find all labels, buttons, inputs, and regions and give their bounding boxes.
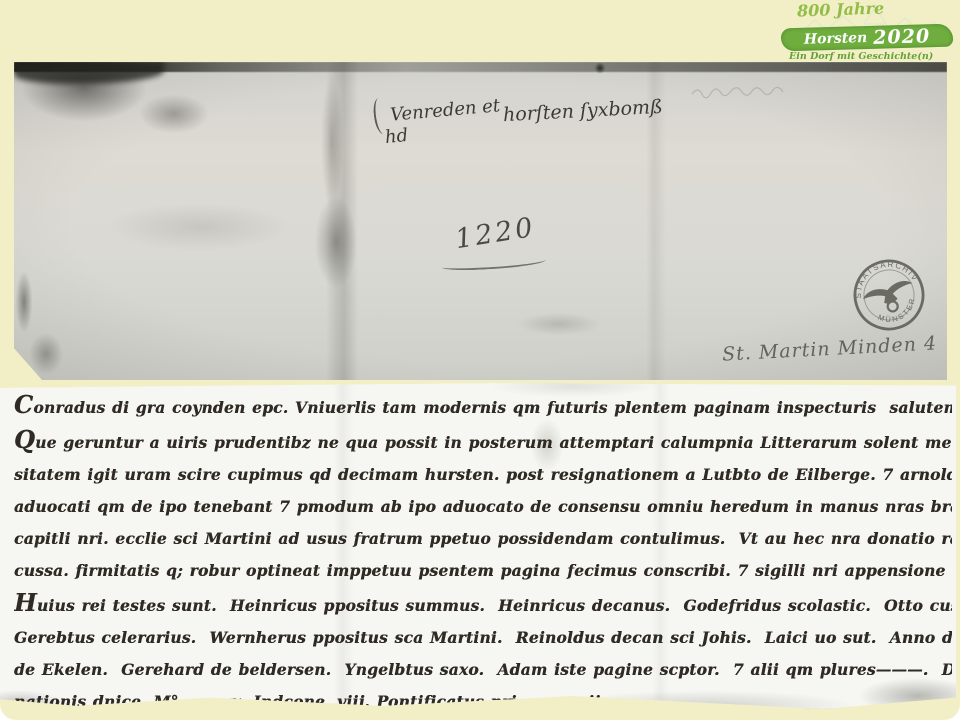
charter-line: Que geruntur a uiris prudentibz ne qua p… xyxy=(14,424,952,459)
dorsal-note-line2: hd xyxy=(384,125,409,148)
charter-line: Huius rei testes sunt. Heinricus ppositu… xyxy=(14,587,952,622)
logo-subtitle: Ein Dorf mit Geschichte(n) xyxy=(789,51,933,62)
charter-line: Conradus di gra coynden epc. Vniuerlis t… xyxy=(14,389,952,424)
charter-line: capitli nri. ecclie sci Martini ad usus … xyxy=(14,523,952,555)
logo-banner-year: 2020 xyxy=(873,25,930,49)
charter-line: nationis dnice. M°. cc. xx. Indcone. vii… xyxy=(14,686,952,718)
charter-line: sitatem igit uram scire cupimus qd decim… xyxy=(14,459,952,491)
charter-back-photo: Venreden et hd horſten ſyxbomß 1220 STAA… xyxy=(14,62,947,380)
horsten-2020-logo: 800 Jahre Horsten 2020 Ein Dorf mit Gesc… xyxy=(775,1,957,63)
logo-banner: Horsten 2020 xyxy=(781,24,954,52)
charter-front-photo: Conradus di gra coynden epc. Vniuerlis t… xyxy=(0,383,956,709)
logo-banner-name: Horsten xyxy=(804,29,868,47)
charter-line: cussa. firmitatis q; robur optineat impp… xyxy=(14,555,952,587)
charter-text-block: Conradus di gra coynden epc. Vniuerlis t… xyxy=(0,383,956,709)
svg-text:MÜNSTER: MÜNSTER xyxy=(873,294,923,329)
logo-800-jahre-text: 800 Jahre xyxy=(797,0,885,21)
slide-background: 800 Jahre Horsten 2020 Ein Dorf mit Gesc… xyxy=(0,0,960,720)
stamp-bottom-text: MÜNSTER xyxy=(873,294,923,329)
charter-line: aduocati qm de ipo tenebant 7 pmodum ab … xyxy=(14,491,952,523)
faint-handwriting-mark xyxy=(690,80,786,104)
charter-line: de Ekelen. Gerehard de beldersen. Yngelb… xyxy=(14,654,952,686)
charter-line: Gerebtus celerarius. Wernherus ppositus … xyxy=(14,622,952,654)
